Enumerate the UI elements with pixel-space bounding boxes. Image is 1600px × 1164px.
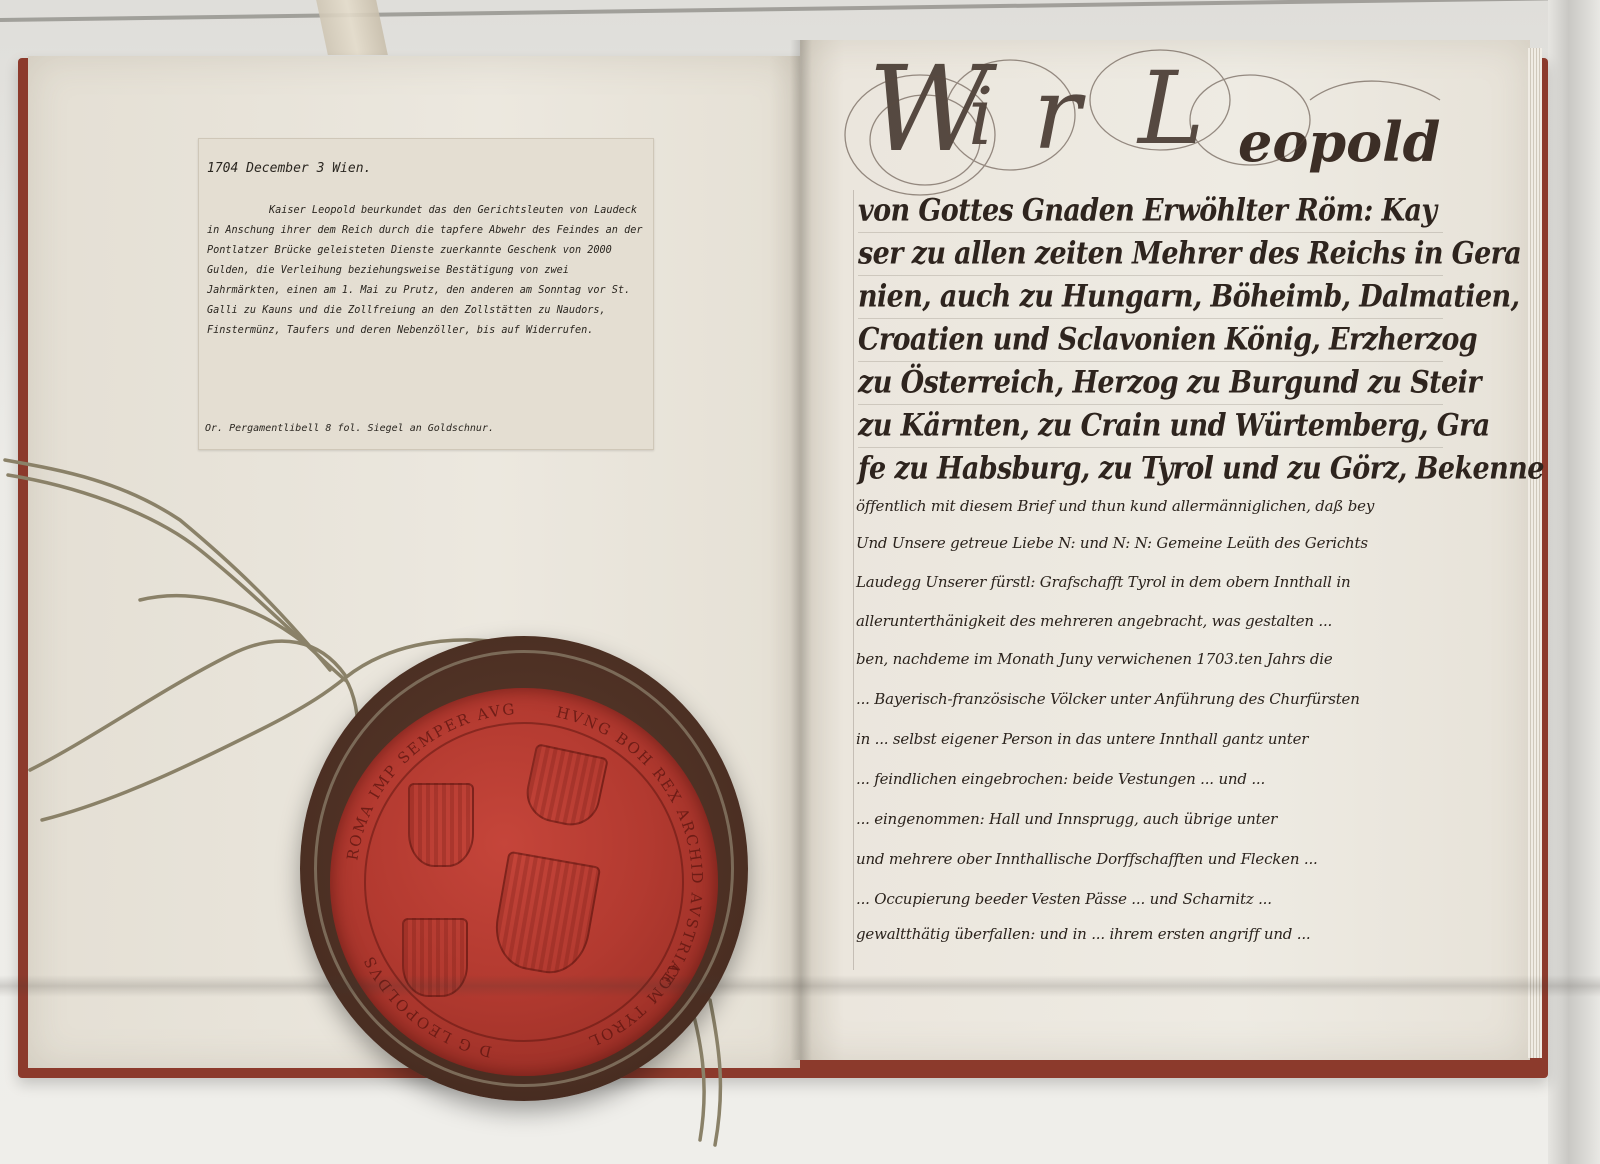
cursive-line-9: ... eingenommen: Hall und Innsprugg, auc… xyxy=(856,810,1446,828)
bookmark-ribbon xyxy=(316,0,388,55)
spine-gutter xyxy=(790,40,812,1060)
red-wax-seal: ROMA IMP SEMPER AVG HVNG BOH REX ARCHID … xyxy=(330,688,718,1076)
calligraphic-line-7: fe zu Habsburg, zu Tyrol und zu Görz, Be… xyxy=(858,451,1448,487)
cursive-line-4: allerunterthänigkeit des mehreren angebr… xyxy=(856,612,1446,630)
cursive-line-12: gewaltthätig überfallen: und in ... ihre… xyxy=(856,925,1446,943)
page-margin-rule xyxy=(853,190,854,970)
heading-leopold: eopold xyxy=(1238,110,1440,174)
cursive-line-8: ... feindlichen eingebrochen: beide Vest… xyxy=(856,770,1446,788)
cursive-line-6: ... Bayerisch-französische Völcker unter… xyxy=(856,690,1446,708)
archival-label-card: 1704 December 3 Wien. Kaiser Leopold beu… xyxy=(198,138,654,450)
seal-case: ROMA IMP SEMPER AVG HVNG BOH REX ARCHID … xyxy=(300,636,748,1101)
cursive-line-10: und mehrere ober Innthallische Dorffscha… xyxy=(856,850,1446,868)
cursive-line-2: Und Unsere getreue Liebe N: und N: N: Ge… xyxy=(856,534,1446,552)
cursive-line-11: ... Occupierung beeder Vesten Pässe ... … xyxy=(856,890,1446,908)
ruled-line xyxy=(858,318,1443,319)
ruled-line xyxy=(858,232,1443,233)
calligraphic-initials: W i r L eopold xyxy=(838,50,1448,200)
label-physical-note: Or. Pergamentlibell 8 fol. Siegel an Gol… xyxy=(205,423,494,434)
cursive-line-5: ben, nachdeme im Monath Juny verwichenen… xyxy=(856,650,1446,668)
initial-r: r xyxy=(1033,55,1081,172)
calligraphic-line-5: zu Österreich, Herzog zu Burgund zu Stei… xyxy=(858,365,1448,401)
calligraphic-line-1: von Gottes Gnaden Erwöhlter Röm: Kay xyxy=(858,193,1448,229)
label-date-line: 1704 December 3 Wien. xyxy=(207,161,371,176)
calligraphic-line-2: ser zu allen zeiten Mehrer des Reichs in… xyxy=(858,236,1448,272)
cursive-line-3: Laudegg Unserer fürstl: Grafschafft Tyro… xyxy=(856,573,1446,591)
cursive-line-7: in ... selbst eigener Person in das unte… xyxy=(856,730,1446,748)
glass-reflection-band xyxy=(0,975,1600,997)
label-summary-text: Kaiser Leopold beurkundet das den Gerich… xyxy=(207,201,645,341)
ruled-line xyxy=(858,404,1443,405)
initial-l: L xyxy=(1138,50,1204,167)
ruled-line xyxy=(858,361,1443,362)
calligraphic-line-4: Croatien und Sclavonien König, Erzherzog xyxy=(858,322,1448,358)
page-edges xyxy=(1528,48,1542,1058)
ruled-line xyxy=(858,275,1443,276)
coat-of-arms-shield-upper-left xyxy=(408,783,474,867)
cursive-line-1: öffentlich mit diesem Brief und thun kun… xyxy=(856,497,1446,515)
initial-i: i xyxy=(968,70,994,163)
calligraphic-line-3: nien, auch zu Hungarn, Böheimb, Dalmatie… xyxy=(858,279,1448,315)
ruled-line xyxy=(858,447,1443,448)
calligraphic-line-6: zu Kärnten, zu Crain und Würtemberg, Gra xyxy=(858,408,1448,444)
